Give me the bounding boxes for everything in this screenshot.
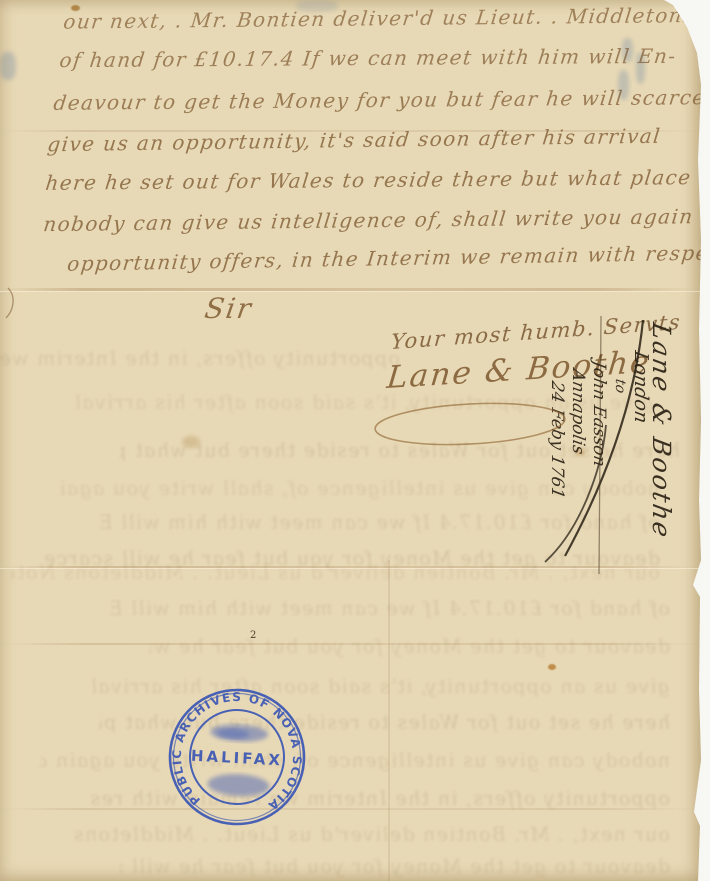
fold-crease: [0, 808, 701, 810]
fold-crease: [0, 643, 701, 645]
docket-line: Annapolis: [567, 367, 588, 575]
letter-line: of hand for £10.17.4 If we can meet with…: [58, 44, 678, 72]
bleedthrough-line: opportunity offers, in the Interim we re…: [0, 348, 401, 370]
stain-spot: [548, 664, 556, 670]
bleedthrough-line: our next, . Mr. Bontien deliver'd us Lie…: [69, 824, 671, 846]
blue-offset-smudge: [0, 52, 16, 80]
page-number-mark: 2: [250, 630, 256, 641]
bleedthrough-line: give us an opportunity, it's said soon a…: [59, 676, 671, 698]
stamp-center-text: HALIFAX: [191, 747, 284, 770]
scanned-letter: opportunity offers, in the Interim we re…: [0, 0, 710, 881]
stamp-smudge: [207, 773, 270, 798]
docket-block: Lane & Boothe London to John Easson Anna…: [542, 323, 672, 573]
margin-pen-mark: [6, 288, 13, 318]
archive-stamp: PUBLIC ARCHIVES OF NOVA SCOTIA HALIFAX: [162, 682, 312, 832]
bleedthrough-line: deavour to get the Money for you but fea…: [149, 636, 671, 658]
docket-line: 24 Feby 1761: [546, 379, 567, 575]
docket-line: to: [609, 377, 630, 575]
letter-line: deavour to get the Money for you but fea…: [52, 85, 701, 115]
paper-sheet: opportunity offers, in the Interim we re…: [0, 0, 701, 881]
bleedthrough-line: deavour to get the Money for you but fea…: [119, 856, 671, 878]
fold-crease-vertical: [388, 560, 390, 881]
stain-spot: [182, 436, 200, 448]
letter-line: our next, . Mr. Bontien deliver'd us Lie…: [62, 2, 701, 33]
letter-line: here he set out for Wales to reside ther…: [44, 165, 693, 195]
docket-line: Lane & Boothe: [651, 321, 672, 575]
letter-line: nobody can give us intelligence of, shal…: [42, 204, 701, 236]
fold-crease-highlight: [0, 291, 701, 292]
salutation: Sir: [202, 292, 255, 325]
letter-line: give us an opportunity, it's said soon a…: [46, 124, 662, 157]
docket-line: London: [630, 349, 651, 575]
docket-line: John Easson: [588, 359, 609, 575]
letter-line: opportunity offers, in the Interim we re…: [66, 240, 701, 276]
bleedthrough-line: of hand for £10.17.4 If we can meet with…: [109, 598, 671, 620]
bleedthrough-line: nobody can give us intelligence of, shal…: [39, 750, 671, 772]
